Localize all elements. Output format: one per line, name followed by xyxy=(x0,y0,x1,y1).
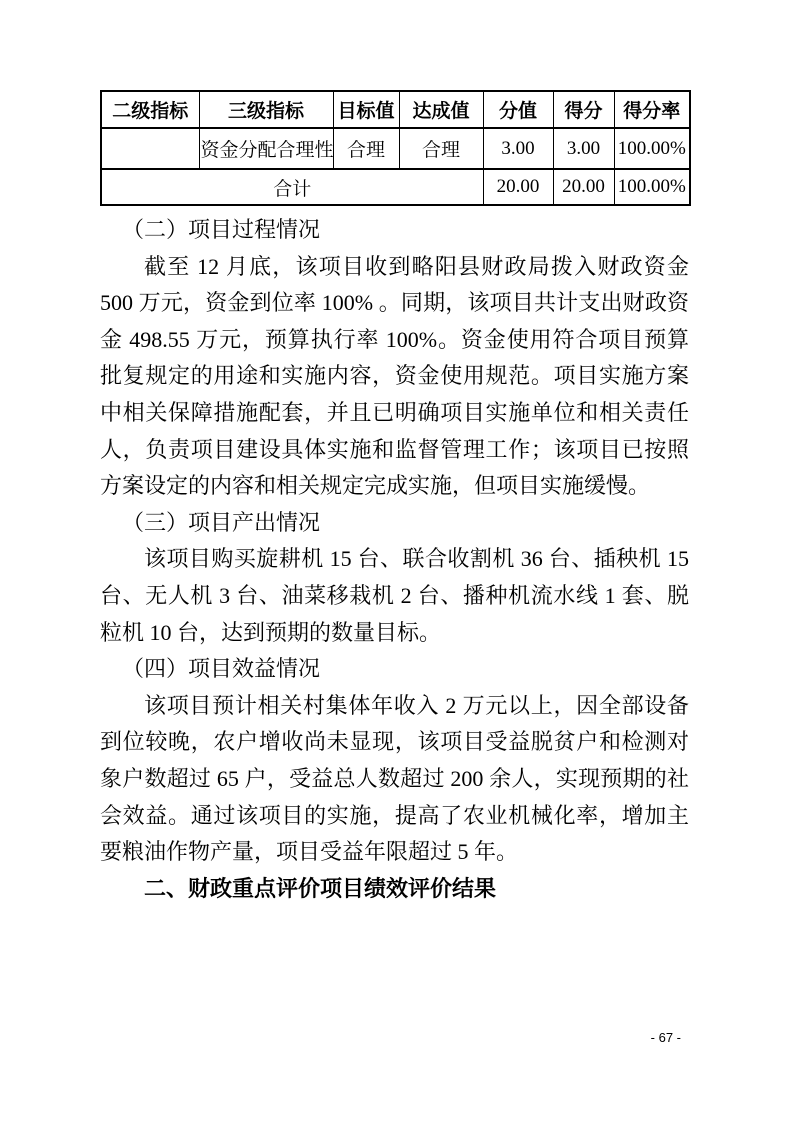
cell-total-score: 20.00 xyxy=(553,169,614,205)
table-total-row: 合计 20.00 20.00 100.00% xyxy=(101,169,690,205)
paragraph-process: 截至 12 月底，该项目收到略阳县财政局拨入财政资金 500 万元，资金到位率 … xyxy=(100,249,689,505)
cell-total-score-rate: 100.00% xyxy=(614,169,690,205)
paragraph-benefit: 该项目预计相关村集体年收入 2 万元以上，因全部设备到位较晚，农户增收尚未显现，… xyxy=(100,688,689,871)
section-heading-benefit: （四）项目效益情况 xyxy=(100,651,689,688)
page-content: 二级指标 三级指标 目标值 达成值 分值 得分 得分率 资金分配合理性 合理 合… xyxy=(100,90,689,907)
cell-total-label: 合计 xyxy=(101,169,483,205)
cell-score-rate: 100.00% xyxy=(614,128,690,169)
cell-target-value: 合理 xyxy=(333,128,399,169)
cell-tertiary-indicator: 资金分配合理性 xyxy=(199,128,333,169)
header-achieved-value: 达成值 xyxy=(399,91,483,128)
table-header-row: 二级指标 三级指标 目标值 达成值 分值 得分 得分率 xyxy=(101,91,690,128)
cell-score: 3.00 xyxy=(553,128,614,169)
cell-secondary-indicator xyxy=(101,128,199,169)
body-text: （二）项目过程情况 截至 12 月底，该项目收到略阳县财政局拨入财政资金 500… xyxy=(100,212,689,907)
table-data-row: 资金分配合理性 合理 合理 3.00 3.00 100.00% xyxy=(101,128,690,169)
paragraph-output: 该项目购买旋耕机 15 台、联合收割机 36 台、插秧机 15 台、无人机 3 … xyxy=(100,541,689,651)
header-score-rate: 得分率 xyxy=(614,91,690,128)
document-page: 二级指标 三级指标 目标值 达成值 分值 得分 得分率 资金分配合理性 合理 合… xyxy=(0,0,793,1122)
header-secondary-indicator: 二级指标 xyxy=(101,91,199,128)
cell-total-score-value: 20.00 xyxy=(483,169,553,205)
indicator-score-table: 二级指标 三级指标 目标值 达成值 分值 得分 得分率 资金分配合理性 合理 合… xyxy=(100,90,691,206)
header-target-value: 目标值 xyxy=(333,91,399,128)
main-section-heading: 二、财政重点评价项目绩效评价结果 xyxy=(100,871,689,908)
cell-achieved-value: 合理 xyxy=(399,128,483,169)
section-heading-output: （三）项目产出情况 xyxy=(100,505,689,542)
cell-score-value: 3.00 xyxy=(483,128,553,169)
page-number: - 67 - xyxy=(651,1030,681,1045)
header-score-value: 分值 xyxy=(483,91,553,128)
section-heading-process: （二）项目过程情况 xyxy=(100,212,689,249)
header-score: 得分 xyxy=(553,91,614,128)
header-tertiary-indicator: 三级指标 xyxy=(199,91,333,128)
